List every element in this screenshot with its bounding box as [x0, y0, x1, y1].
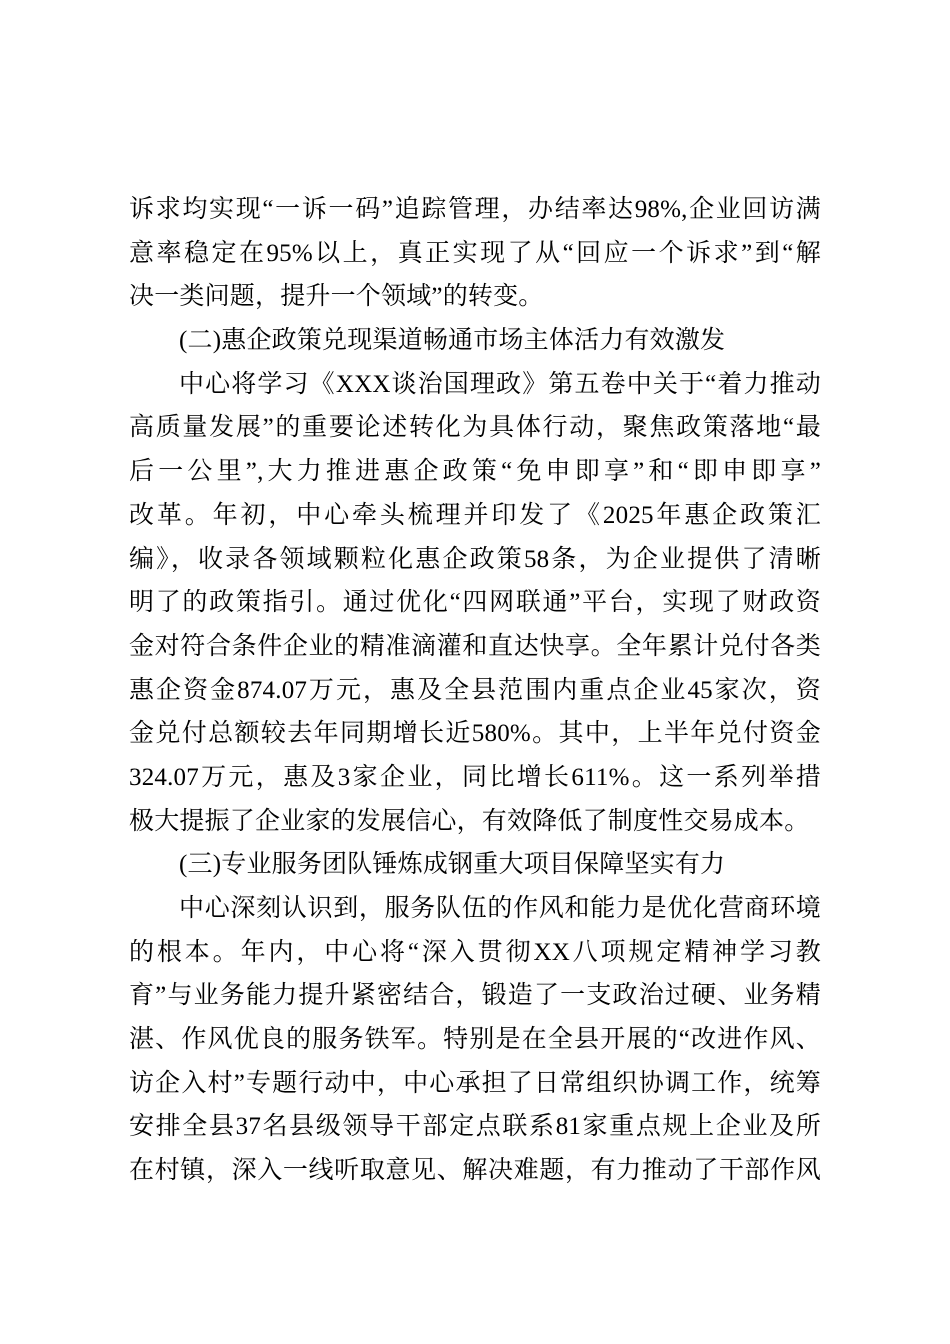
- text-line: 改革。年初，中心牵头梳理并印发了《2025年惠企政策汇: [129, 494, 821, 538]
- text-line: 决一类问题，提升一个领域”的转变。: [129, 275, 821, 319]
- text-line: 324.07万元，惠及3家企业，同比增长611%。这一系列举措: [129, 756, 821, 800]
- section-heading-2: (二)惠企政策兑现渠道畅通市场主体活力有效激发: [129, 319, 821, 363]
- text-line: 育”与业务能力提升紧密结合，锻造了一支政治过硬、业务精: [129, 974, 821, 1018]
- document-text-block: 诉求均实现“一诉一码”追踪管理，办结率达98%,企业回访满意率稳定在95%以上，…: [129, 188, 821, 1193]
- text-line: 编》，收录各领域颗粒化惠企政策58条，为企业提供了清晰: [129, 538, 821, 582]
- text-line: 湛、作风优良的服务铁军。特别是在全县开展的“改进作风、: [129, 1018, 821, 1062]
- section-heading-3: (三)专业服务团队锤炼成钢重大项目保障坚实有力: [129, 843, 821, 887]
- text-line: 金对符合条件企业的精准滴灌和直达快享。全年累计兑付各类: [129, 625, 821, 669]
- document-page: 诉求均实现“一诉一码”追踪管理，办结率达98%,企业回访满意率稳定在95%以上，…: [0, 0, 950, 1344]
- paragraph-service-team: 中心深刻认识到，服务队伍的作风和能力是优化营商环境的根本。年内，中心将“深入贯彻…: [129, 887, 821, 1193]
- text-line: 极大提振了企业家的发展信心，有效降低了制度性交易成本。: [129, 800, 821, 844]
- text-line: 惠企资金874.07万元，惠及全县范围内重点企业45家次，资: [129, 669, 821, 713]
- text-line: 意率稳定在95%以上，真正实现了从“回应一个诉求”到“解: [129, 232, 821, 276]
- text-line: 诉求均实现“一诉一码”追踪管理，办结率达98%,企业回访满: [129, 188, 821, 232]
- text-line: (二)惠企政策兑现渠道畅通市场主体活力有效激发: [129, 319, 821, 363]
- text-line: (三)专业服务团队锤炼成钢重大项目保障坚实有力: [129, 843, 821, 887]
- text-line: 中心深刻认识到，服务队伍的作风和能力是优化营商环境: [129, 887, 821, 931]
- text-line: 访企入村”专题行动中，中心承担了日常组织协调工作，统筹: [129, 1062, 821, 1106]
- text-line: 高质量发展”的重要论述转化为具体行动，聚焦政策落地“最: [129, 406, 821, 450]
- paragraph-policy: 中心将学习《XXX谈治国理政》第五卷中关于“着力推动高质量发展”的重要论述转化为…: [129, 363, 821, 844]
- text-line: 后一公里”,大力推进惠企政策“免申即享”和“即申即享”: [129, 450, 821, 494]
- text-line: 安排全县37名县级领导干部定点联系81家重点规上企业及所: [129, 1105, 821, 1149]
- text-line: 明了的政策指引。通过优化“四网联通”平台，实现了财政资: [129, 581, 821, 625]
- paragraph-continuation: 诉求均实现“一诉一码”追踪管理，办结率达98%,企业回访满意率稳定在95%以上，…: [129, 188, 821, 319]
- text-line: 中心将学习《XXX谈治国理政》第五卷中关于“着力推动: [129, 363, 821, 407]
- text-line: 的根本。年内，中心将“深入贯彻XX八项规定精神学习教: [129, 931, 821, 975]
- text-line: 金兑付总额较去年同期增长近580%。其中，上半年兑付资金: [129, 712, 821, 756]
- text-line: 在村镇，深入一线听取意见、解决难题，有力推动了干部作风: [129, 1149, 821, 1193]
